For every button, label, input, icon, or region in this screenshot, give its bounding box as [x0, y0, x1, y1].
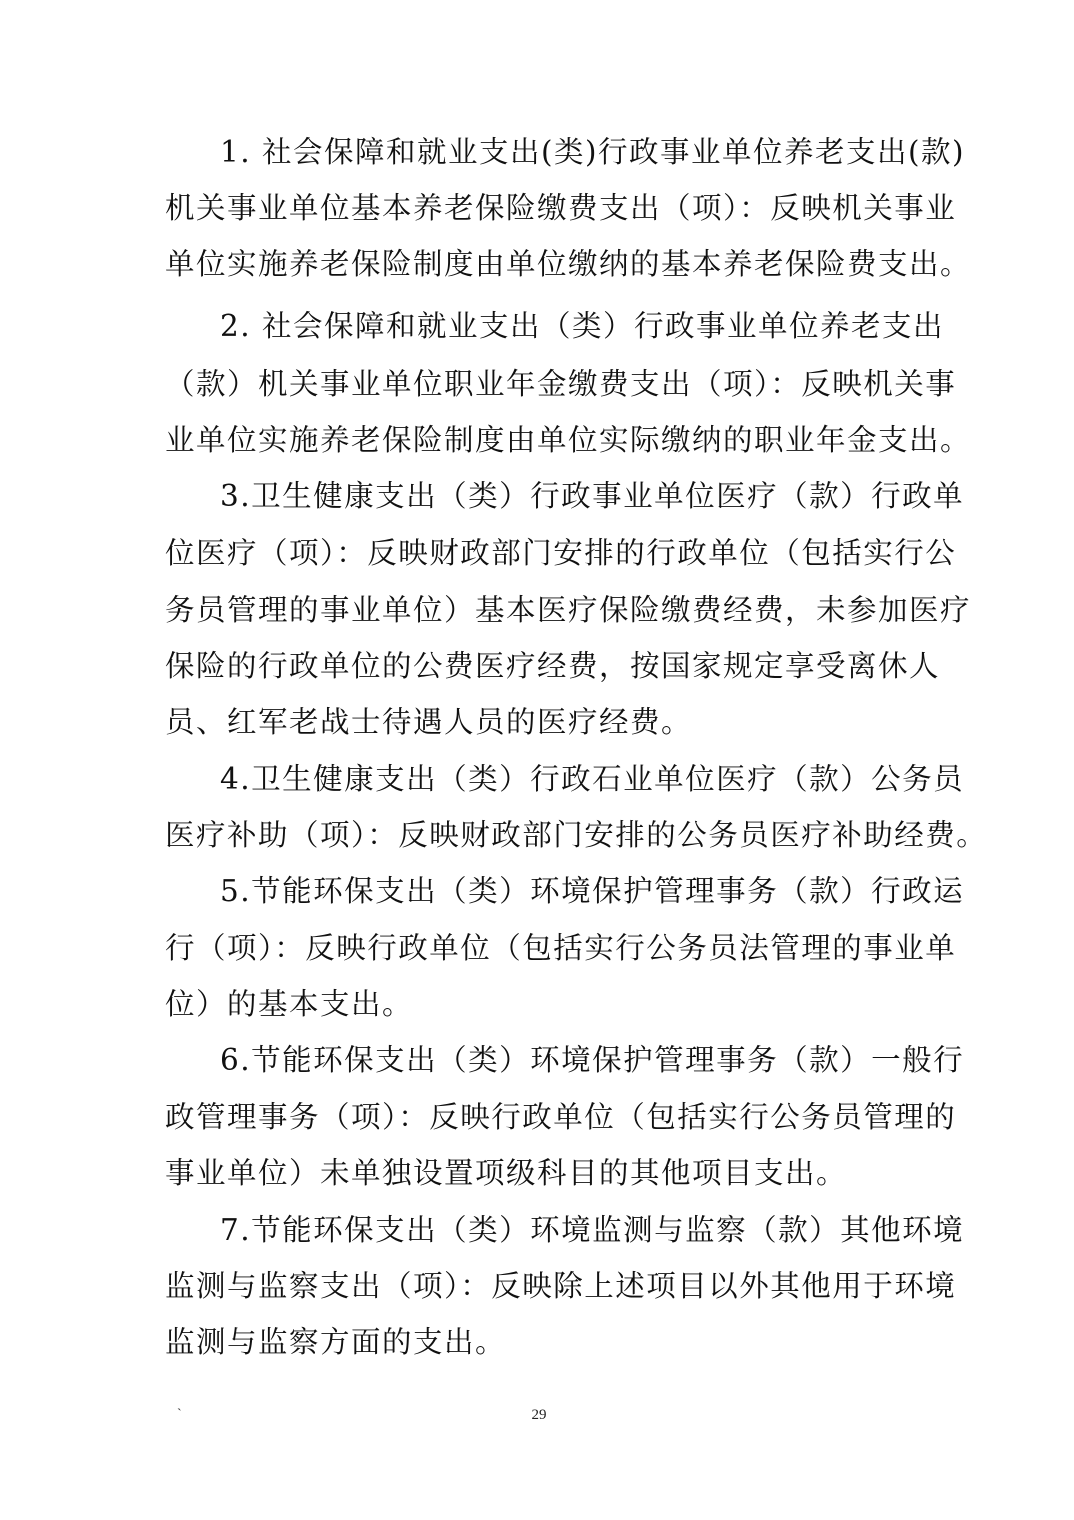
paragraph-3-line-5: 员、红军老战士待遇人员的医疗经费。: [165, 702, 915, 742]
paragraph-7-line-1: 7.节能环保支出（类）环境监测与监察（款）其他环境: [220, 1210, 915, 1250]
page-number: 29: [527, 1407, 551, 1424]
paragraph-1-line-1: 1. 社会保障和就业支出(类)行政事业单位养老支出(款): [220, 132, 915, 172]
paragraph-5-line-2: 行（项）：反映行政单位（包括实行公务员法管理的事业单: [165, 928, 915, 968]
paragraph-7-line-3: 监测与监察方面的支出。: [165, 1322, 915, 1362]
paragraph-2-line-2: （款）机关事业单位职业年金缴费支出（项）：反映机关事: [165, 364, 915, 404]
paragraph-3-line-1: 3.卫生健康支出（类）行政事业单位医疗（款）行政单: [220, 476, 915, 516]
paragraph-1-line-2: 机关事业单位基本养老保险缴费支出（项）：反映机关事业: [165, 188, 915, 228]
paragraph-3-line-3: 务员管理的事业单位）基本医疗保险缴费经费，未参加医疗: [165, 590, 915, 630]
paragraph-6-line-1: 6.节能环保支出（类）环境保护管理事务（款）一般行: [220, 1040, 915, 1080]
paragraph-7-line-2: 监测与监察支出（项）：反映除上述项目以外其他用于环境: [165, 1266, 915, 1306]
paragraph-1-line-3: 单位实施养老保险制度由单位缴纳的基本养老保险费支出。: [165, 244, 915, 284]
paragraph-2-line-1: 2. 社会保障和就业支出（类）行政事业单位养老支出: [220, 306, 915, 346]
paragraph-3-line-4: 保险的行政单位的公费医疗经费，按国家规定享受离休人: [165, 646, 915, 686]
paragraph-6-line-3: 事业单位）未单独设置项级科目的其他项目支出。: [165, 1153, 915, 1193]
paragraph-4-line-1: 4.卫生健康支出（类）行政石业单位医疗（款）公务员: [220, 759, 915, 799]
document-page: 1. 社会保障和就业支出(类)行政事业单位养老支出(款) 机关事业单位基本养老保…: [0, 0, 1074, 1520]
paragraph-2-line-3: 业单位实施养老保险制度由单位实际缴纳的职业年金支出。: [165, 420, 915, 460]
paragraph-6-line-2: 政管理事务（项）：反映行政单位（包括实行公务员管理的: [165, 1097, 915, 1137]
paragraph-4-line-2: 医疗补助（项）：反映财政部门安排的公务员医疗补助经费。: [165, 815, 915, 855]
paragraph-5-line-3: 位）的基本支出。: [165, 984, 915, 1024]
paragraph-5-line-1: 5.节能环保支出（类）环境保护管理事务（款）行政运: [220, 871, 915, 911]
paragraph-3-line-2: 位医疗（项）：反映财政部门安排的行政单位（包括实行公: [165, 533, 915, 573]
footer-mark: `: [177, 1407, 182, 1423]
